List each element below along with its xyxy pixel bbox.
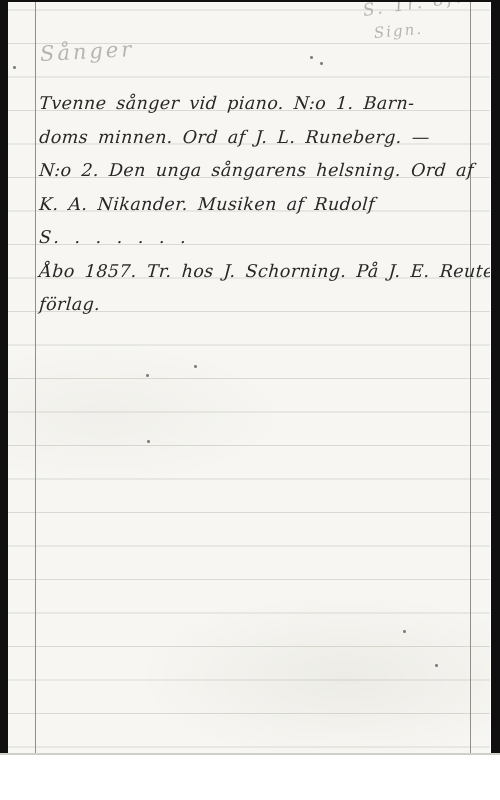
dust-speck [194,365,197,368]
dust-speck [310,56,313,59]
scan-edge-top [0,0,500,2]
entry-line-2: doms minnen. Ord af J. L. Runeberg. — [38,122,484,156]
catalog-entry: Tvenne sånger vid piano. N:o 1. Barn- do… [38,88,482,323]
paper-bottom-edge [0,753,500,755]
dust-speck [320,62,323,65]
card-paper: S. 1r. 8f. Sign. Sånger Tvenne sånger vi… [8,0,490,753]
dust-speck [403,630,406,633]
category-annotation: Sånger [39,37,134,66]
entry-line-3: N:o 2. Den unga sångarens helsning. Ord … [38,155,484,189]
entry-line-7: förlag. [38,289,484,323]
left-margin-line [35,0,36,753]
entry-line-5: S. . . . . . . [38,222,484,256]
entry-line-1: Tvenne sånger vid piano. N:o 1. Barn- [38,88,484,122]
entry-line-6: Åbo 1857. Tr. hos J. Schorning. På J. E.… [38,256,484,290]
dust-speck [147,440,150,443]
dust-speck [13,66,16,69]
scan-edge-right [491,0,500,753]
scan-edge-left [0,0,8,753]
dust-speck [146,374,149,377]
dust-speck [435,664,438,667]
scanned-catalog-card: S. 1r. 8f. Sign. Sånger Tvenne sånger vi… [0,0,500,800]
entry-line-4: K. A. Nikander. Musiken af Rudolf [38,189,484,223]
